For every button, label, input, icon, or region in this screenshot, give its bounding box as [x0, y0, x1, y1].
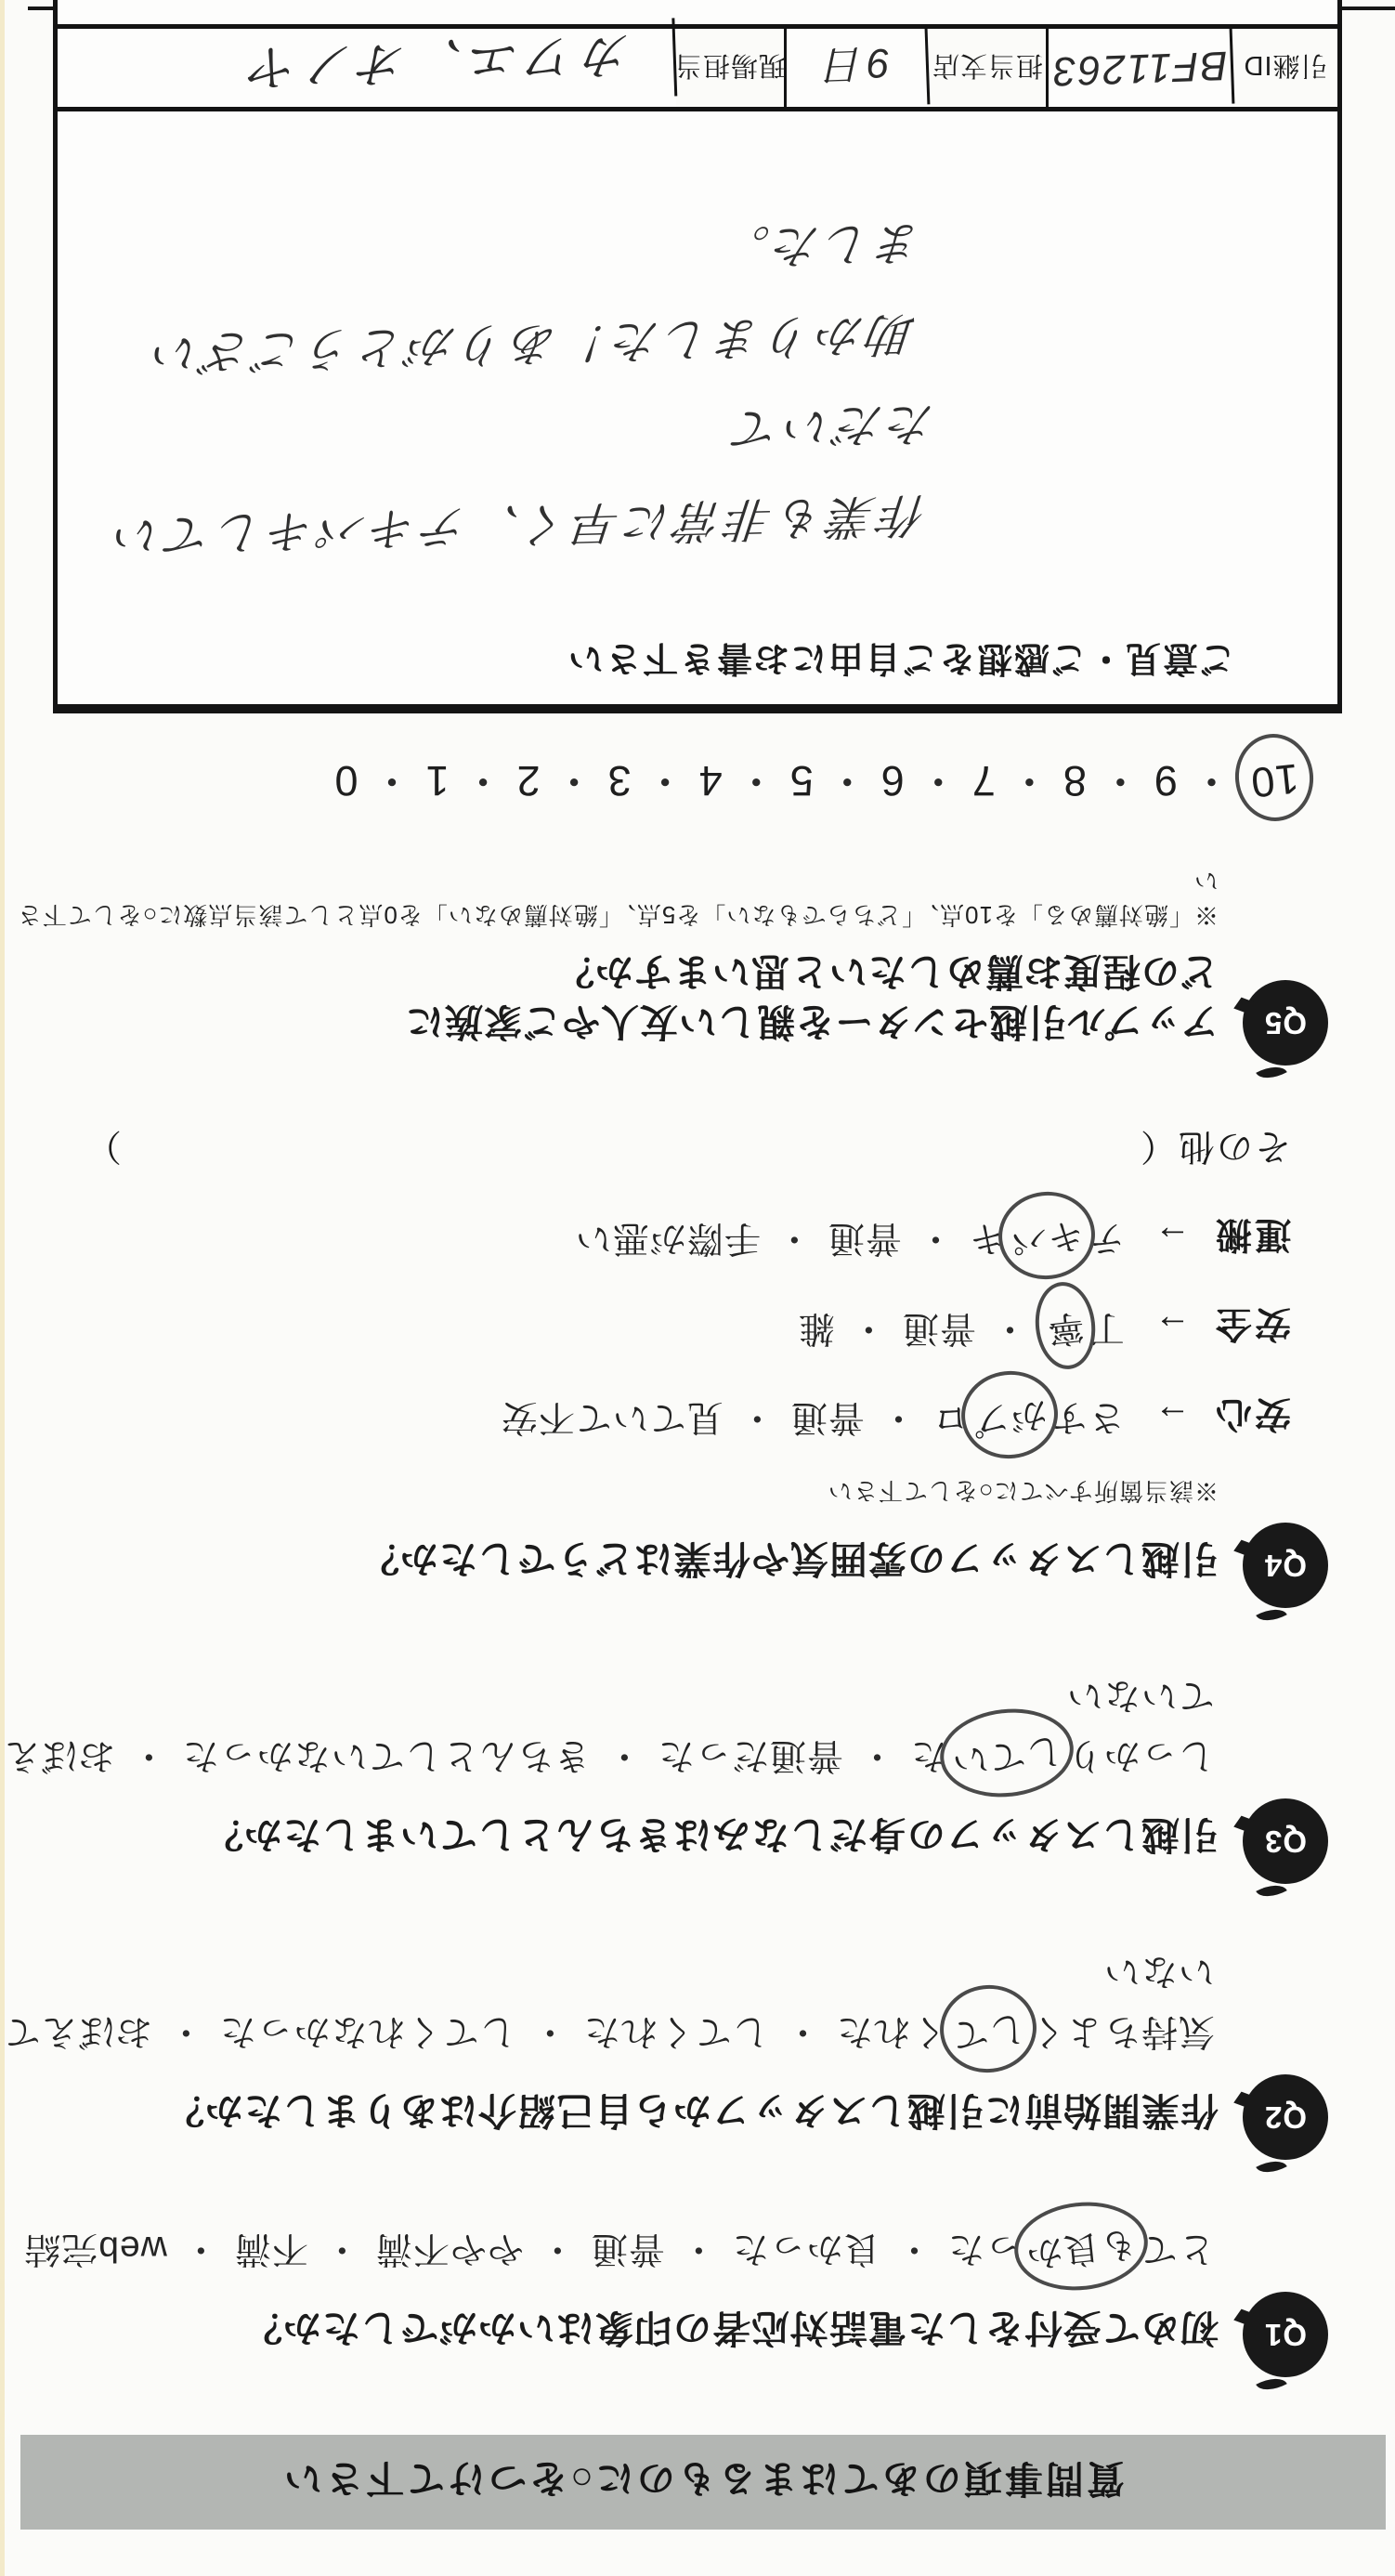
option-separator: ・ [462, 757, 504, 804]
question-5-title: アップル引越センターを親しい友人やご家族に どの程度お薦めしたいと思いますか？ [405, 947, 1219, 1066]
option-separator: ・ [167, 2011, 204, 2051]
instructions-banner-text: 質問事項のあてはまるものに○をつけて下さい [281, 2455, 1125, 2510]
question-number: Q3 [1264, 1824, 1307, 1859]
bird-chick-icon: Q2 [1243, 2074, 1328, 2160]
handwritten-circle-mark: して [935, 1980, 1040, 2077]
option-separator: ・ [895, 2229, 932, 2269]
option: 普通だった [658, 1735, 843, 1775]
option-separator: ・ [776, 1218, 813, 1258]
arrow-right: → [1154, 1306, 1191, 1347]
question-number: Q4 [1264, 1548, 1307, 1583]
option: 4 [698, 757, 723, 804]
option-separator: ・ [991, 1308, 1028, 1348]
handwritten-circle-mark: 寧 [1031, 1278, 1100, 1372]
option: やや不満 [375, 2229, 524, 2269]
option: 1 [425, 757, 450, 804]
option-circled: しっかりしていた [910, 1735, 1215, 1775]
option: 普通 [828, 1218, 902, 1258]
option-separator: ・ [1099, 757, 1141, 804]
handwritten-circle-mark: がプ [957, 1366, 1062, 1463]
option: きちんとしていなかった [182, 1735, 591, 1775]
option: してくれた [583, 2011, 769, 2051]
option: してくれなかった [219, 2011, 516, 2051]
option: 0 [333, 757, 358, 804]
question-3-options: しっかりしていた・普通だった・きちんとしていなかった・おぼえていない [0, 1666, 1215, 1785]
question-4: Q4 引越しスタッフの雰囲気や作業はどうでしたか？ ※該当箇所すべてに○をして下… [0, 1123, 1328, 1608]
upside-down-content: 質問事項のあてはまるものに○をつけて下さい Q1 初めて受付をした電話対応者の印… [0, 0, 1395, 2576]
option: 9 [1154, 757, 1178, 804]
arrow-right: → [1154, 1396, 1191, 1437]
option-separator: ・ [130, 1735, 167, 1775]
option: 普通 [902, 1308, 976, 1348]
question-2: Q2 作業開始前に引越しスタッフから自己紹介はありましたか？ 気持ちよくしてくれ… [0, 1942, 1328, 2160]
question-4-row: 安全→丁寧・普通・雑 [0, 1296, 1291, 1357]
option: 3 [607, 757, 632, 804]
option: 5 [789, 757, 814, 804]
question-3-header: Q3 引越しスタッフの身だしなみはきちんとしていましたか？ [0, 1798, 1328, 1884]
option: 8 [1063, 757, 1087, 804]
option-circled: 丁寧 [1043, 1308, 1125, 1348]
handwritten-comment-line1: 作業も非常に早く、テキパキしていただいて [109, 398, 936, 562]
option-separator: ・ [850, 1308, 887, 1348]
question-5-note: ※「絶対薦める」を10点、「どちらでもない」を5点、「絶対薦めない」を0点として… [0, 865, 1219, 934]
question-2-header: Q2 作業開始前に引越しスタッフから自己紹介はありましたか？ [0, 2074, 1328, 2160]
question-1-options: とても良かった・良かった・普通・やや不満・不満・web完結 [0, 2217, 1215, 2279]
field-value-handwritten: BF11263 [1048, 26, 1235, 111]
question-2-options: 気持ちよくしてくれた・してくれた・してくれなかった・おぼえていない [0, 1942, 1215, 2061]
option: 不満 [234, 2229, 308, 2269]
option-separator: ・ [182, 2229, 219, 2269]
question-2-title: 作業開始前に引越しスタッフから自己紹介はありましたか？ [165, 2086, 1219, 2160]
question-number: Q2 [1264, 2099, 1307, 2135]
question-number: Q5 [1264, 1005, 1307, 1040]
option: 手際が悪い [575, 1218, 761, 1258]
option-separator: ・ [680, 2229, 717, 2269]
option-separator: ・ [917, 757, 959, 804]
field-label-現場担当: 現場担当 [676, 29, 787, 107]
option-separator: ・ [1008, 757, 1050, 804]
option-separator: ・ [858, 1735, 895, 1775]
question-4-row: 運搬→テキパキ・普通・手際が悪い [0, 1207, 1291, 1268]
question-number: Q1 [1264, 2317, 1307, 2352]
option-separator: ・ [1190, 757, 1232, 804]
question-5-title-line2: どの程度お薦めしたいと思いますか？ [405, 947, 1219, 997]
bird-chick-icon: Q5 [1243, 980, 1328, 1066]
handwritten-circle-mark: 10 [1231, 730, 1317, 825]
option-separator: ・ [531, 2011, 568, 2051]
bird-chick-icon: Q1 [1243, 2292, 1328, 2377]
option-circled: テキパキ [969, 1218, 1125, 1258]
other-open-label: その他（ [1139, 1123, 1291, 1175]
handwritten-circle-mark: も良か [1010, 2195, 1152, 2296]
row-label: 安心 [1213, 1391, 1291, 1443]
question-4-rows: 安心→さすがプロ・普通・見ていて不安安全→丁寧・普通・雑運搬→テキパキ・普通・手… [0, 1207, 1328, 1447]
option-circled: 気持ちよくしてくれた [836, 2011, 1215, 2051]
option-separator: ・ [606, 1735, 643, 1775]
row-label: 運搬 [1213, 1211, 1291, 1263]
option-separator: ・ [880, 1397, 917, 1437]
question-3-title: 引越しスタッフの身だしなみはきちんとしていましたか？ [204, 1811, 1219, 1884]
bird-chick-icon: Q3 [1243, 1798, 1328, 1884]
question-4-note: ※該当箇所すべてに○をして下さい [0, 1475, 1219, 1510]
option: web完結 [23, 2229, 167, 2269]
option: 2 [516, 757, 541, 804]
field-label-引継ID: 引継ID [1233, 29, 1337, 107]
option-separator: ・ [371, 757, 413, 804]
option-separator: ・ [735, 757, 777, 804]
question-1: Q1 初めて受付をした電話対応者の印象はいかがでしたか？ とても良かった・良かっ… [0, 2217, 1328, 2377]
other-close-label: ） [84, 1123, 122, 1175]
option: 普通 [591, 2229, 665, 2269]
option-separator: ・ [738, 1397, 776, 1437]
question-5-title-line1: アップル引越センターを親しい友人やご家族に [405, 997, 1219, 1047]
handwritten-comment: 作業も非常に早く、テキパキしていただいて 助かりました！ありがとうございました。 [99, 196, 952, 581]
question-4-other-row: その他（ ） [84, 1123, 1291, 1175]
field-value-handwritten: カワエ、オノヤ [57, 18, 678, 117]
option-circled: 10 [1245, 757, 1304, 804]
option-separator: ・ [539, 2229, 576, 2269]
row-label: 安全 [1213, 1301, 1291, 1353]
instructions-banner: 質問事項のあてはまるものに○をつけて下さい [20, 2435, 1386, 2530]
handwritten-circle-mark: してい [935, 1702, 1077, 1803]
option-separator: ・ [644, 757, 686, 804]
question-5: Q5 アップル引越センターを親しい友人やご家族に どの程度お薦めしたいと思います… [0, 754, 1328, 1066]
option-separator: ・ [917, 1218, 954, 1258]
question-1-title: 初めて受付をした電話対応者の印象はいかがでしたか？ [243, 2304, 1219, 2377]
row-options: テキパキ・普通・手際が悪い [575, 1207, 1125, 1268]
option-circled: とても良かった [947, 2229, 1215, 2269]
recommendation-scale: 10・9・8・7・6・5・4・3・2・1・0 [0, 754, 1304, 815]
option-circled: さすがプロ [932, 1397, 1125, 1437]
question-1-header: Q1 初めて受付をした電話対応者の印象はいかがでしたか？ [0, 2292, 1328, 2377]
question-4-row: 安心→さすがプロ・普通・見ていて不安 [0, 1386, 1291, 1447]
field-value-handwritten: 9日 [786, 26, 931, 109]
question-4-title: 引越しスタッフの雰囲気や作業はどうでしたか？ [360, 1535, 1219, 1608]
option: 7 [971, 757, 996, 804]
option: 見ていて不安 [501, 1397, 724, 1437]
question-5-header: Q5 アップル引越センターを親しい友人やご家族に どの程度お薦めしたいと思います… [0, 947, 1328, 1066]
option-separator: ・ [323, 2229, 360, 2269]
option: 雑 [798, 1308, 835, 1348]
field-label-担当支店: 担当支店 [929, 29, 1049, 107]
comment-box-title: ご意見・ご感想をご自由にお書き下さい [58, 636, 1235, 687]
handwritten-circle-mark: キパ [994, 1187, 1099, 1285]
question-4-header: Q4 引越しスタッフの雰囲気や作業はどうでしたか？ [0, 1523, 1328, 1608]
option-separator: ・ [784, 2011, 821, 2051]
handover-info-table: 引継IDBF11263担当支店9日現場担当カワエ、オノヤ [53, 24, 1342, 111]
option: 良かった [732, 2229, 880, 2269]
option-separator: ・ [553, 757, 595, 804]
row-options: 丁寧・普通・雑 [798, 1296, 1125, 1357]
option: 6 [880, 757, 905, 804]
arrow-right: → [1154, 1217, 1191, 1258]
handwritten-comment-line2: 助かりました！ありがとうございました。 [113, 196, 926, 399]
option-separator: ・ [826, 757, 868, 804]
row-options: さすがプロ・普通・見ていて不安 [501, 1386, 1125, 1447]
scanned-survey-sheet: 質問事項のあてはまるものに○をつけて下さい Q1 初めて受付をした電話対応者の印… [0, 0, 1395, 2576]
bird-chick-icon: Q4 [1243, 1523, 1328, 1608]
question-3: Q3 引越しスタッフの身だしなみはきちんとしていましたか？ しっかりしていた・普… [0, 1666, 1328, 1884]
option: 普通 [790, 1397, 865, 1437]
